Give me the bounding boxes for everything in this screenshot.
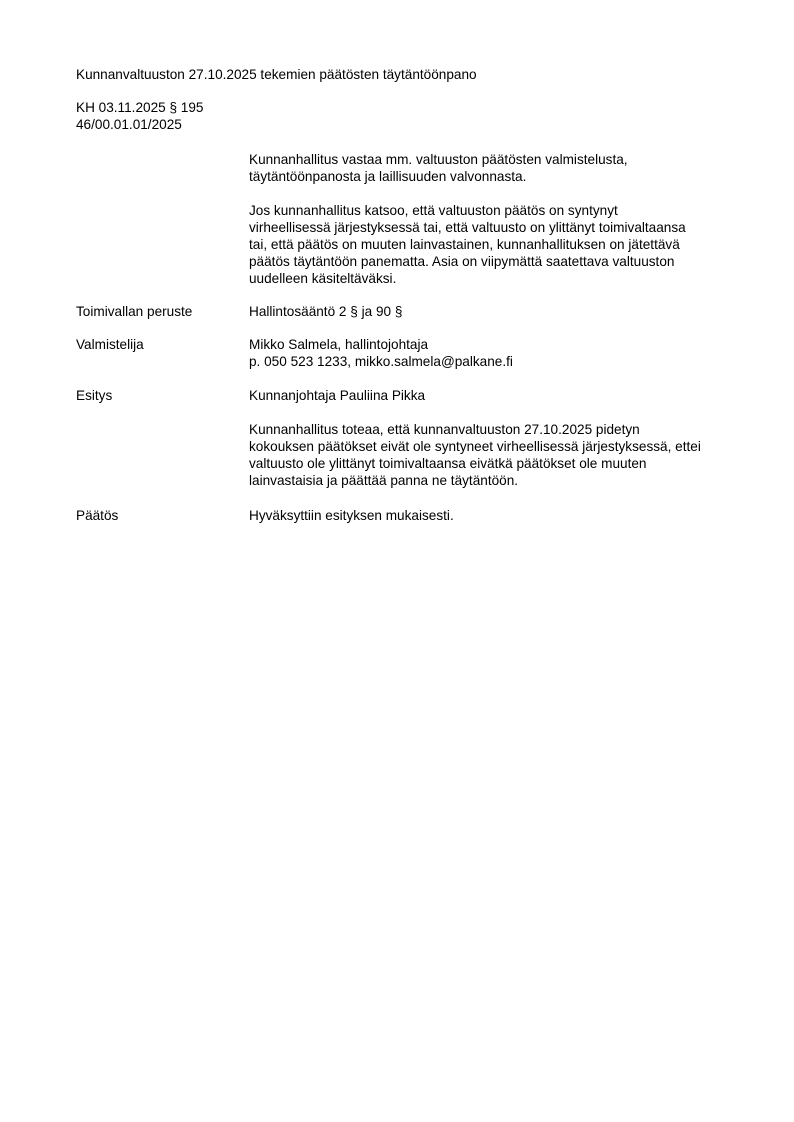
preparer-contact: p. 050 523 1233, mikko.salmela@palkane.f… <box>249 353 513 370</box>
intro-paragraph-1: Kunnanhallitus vastaa mm. valtuuston pää… <box>249 151 749 185</box>
proposal-text: Kunnanhallitus toteaa, että kunnanvaltuu… <box>249 421 749 489</box>
preparer-name: Mikko Salmela, hallintojohtaja <box>249 336 428 353</box>
decision-value: Hyväksyttiin esityksen mukaisesti. <box>249 507 454 524</box>
authority-value: Hallintosääntö 2 § ja 90 § <box>249 303 402 320</box>
intro-paragraph-2: Jos kunnanhallitus katsoo, että valtuust… <box>249 202 749 287</box>
proposal-presenter: Kunnanjohtaja Pauliina Pikka <box>249 387 425 404</box>
preparer-label: Valmistelija <box>76 336 144 353</box>
record-number: 46/00.01.01/2025 <box>76 116 182 133</box>
document-title: Kunnanvaltuuston 27.10.2025 tekemien pää… <box>76 66 477 83</box>
meeting-reference: KH 03.11.2025 § 195 <box>76 99 203 116</box>
decision-label: Päätös <box>76 507 118 524</box>
authority-label: Toimivallan peruste <box>76 303 192 320</box>
proposal-label: Esitys <box>76 387 112 404</box>
